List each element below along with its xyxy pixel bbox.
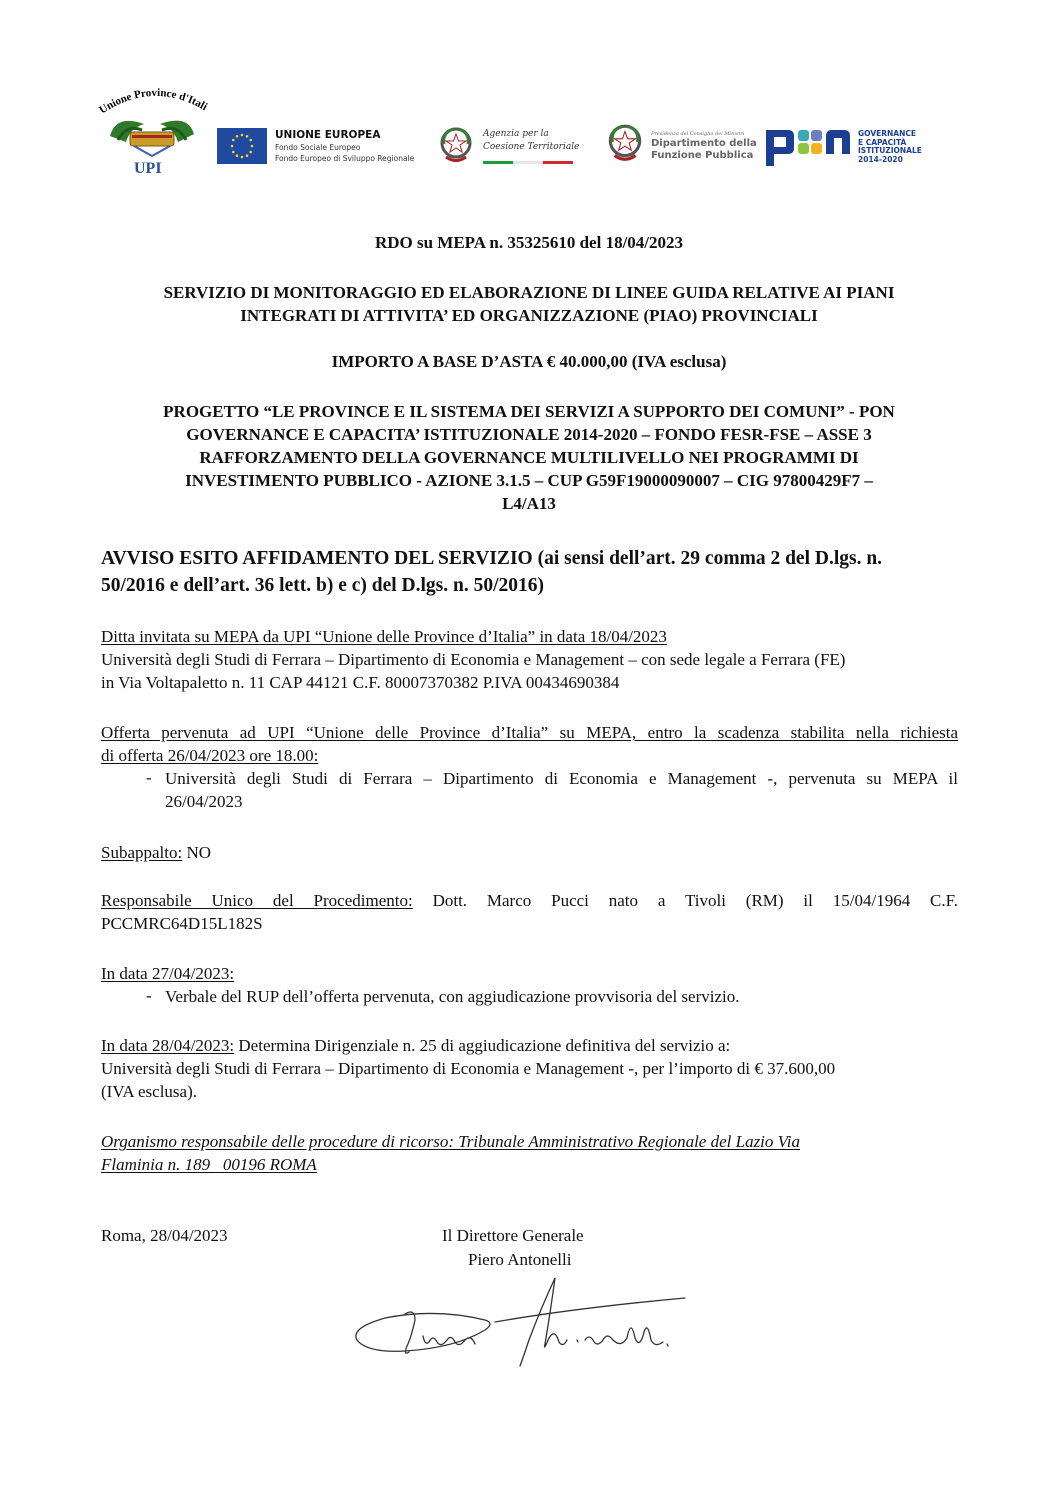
- data-27-bullet: Verbale del RUP dell’offerta pervenuta, …: [165, 985, 958, 1008]
- dfp-line-1: Dipartimento della: [651, 138, 757, 150]
- avviso-line-1: AVVISO ESITO AFFIDAMENTO DEL SERVIZIO (a…: [101, 545, 961, 572]
- rup-section: Responsabile Unico del Procedimento: Dot…: [101, 889, 958, 935]
- data-28-line-3: (IVA esclusa).: [101, 1080, 958, 1103]
- upi-logo: Unione Province d'Italia UPI: [96, 84, 208, 180]
- act-line-2: Coesione Territoriale: [483, 141, 579, 154]
- data-28-text: Determina Dirigenziale n. 25 di aggiudic…: [234, 1036, 730, 1055]
- eu-title: UNIONE EUROPEA: [275, 129, 380, 141]
- service-title-line-2: INTEGRATI DI ATTIVITA’ ED ORGANIZZAZIONE…: [100, 304, 958, 327]
- progetto-line: GOVERNANCE E CAPACITA’ ISTITUZIONALE 201…: [100, 423, 958, 446]
- importo-base: IMPORTO A BASE D’ASTA € 40.000,00 (IVA e…: [100, 350, 958, 373]
- progetto-line: RAFFORZAMENTO DELLA GOVERNANCE MULTILIVE…: [100, 446, 958, 469]
- eu-flag: [217, 128, 267, 164]
- dfp-text: Dipartimento della Funzione Pubblica: [651, 138, 757, 162]
- ditta-section: Ditta invitata su MEPA da UPI “Unione de…: [101, 625, 958, 694]
- tricolor-bar: [483, 161, 573, 164]
- rup-label: Responsabile Unico del Procedimento:: [101, 891, 413, 910]
- upi-acronym: UPI: [134, 160, 162, 178]
- service-title: SERVIZIO DI MONITORAGGIO ED ELABORAZIONE…: [100, 281, 958, 327]
- ditta-heading: Ditta invitata su MEPA da UPI “Unione de…: [101, 627, 667, 646]
- eu-line-1: Fondo Sociale Europeo: [275, 142, 414, 153]
- eu-stars-icon: [217, 128, 267, 164]
- signature: [345, 1278, 715, 1378]
- data-27-heading: In data 27/04/2023:: [101, 964, 234, 983]
- ricorso-line-2: Flaminia n. 189 00196 ROMA: [101, 1155, 317, 1174]
- bullet-marker: -: [146, 768, 152, 788]
- signatory-name: Piero Antonelli: [468, 1250, 571, 1270]
- rup-codice-fiscale: PCCMRC64D15L182S: [101, 912, 958, 935]
- offerta-section: Offerta pervenuta ad UPI “Unione delle P…: [101, 721, 958, 767]
- progetto-line: INVESTIMENTO PUBBLICO - AZIONE 3.1.5 – C…: [100, 469, 958, 492]
- italian-emblem-icon: [436, 124, 476, 166]
- pon-line-4: 2014-2020: [858, 156, 922, 165]
- svg-text:Unione Province d'Italia: Unione Province d'Italia: [96, 84, 208, 116]
- act-logo: [436, 124, 476, 171]
- eu-subtitle: Fondo Sociale Europeo Fondo Europeo di S…: [275, 142, 414, 164]
- avviso-heading: AVVISO ESITO AFFIDAMENTO DEL SERVIZIO (a…: [101, 545, 961, 599]
- offerta-heading-line-2: di offerta 26/04/2023 ore 18.00:: [101, 746, 318, 765]
- offerta-heading-line-1: Offerta pervenuta ad UPI “Unione delle P…: [101, 723, 958, 742]
- offerta-bullet: Università degli Studi di Ferrara – Dipa…: [165, 767, 958, 813]
- dfp-logo: [603, 121, 647, 170]
- subappalto-value: NO: [182, 843, 211, 862]
- progetto-block: PROGETTO “LE PROVINCE E IL SISTEMA DEI S…: [100, 400, 958, 515]
- avviso-line-2: 50/2016 e dell’art. 36 lett. b) e c) del…: [101, 572, 961, 599]
- progetto-line: PROGETTO “LE PROVINCE E IL SISTEMA DEI S…: [100, 400, 958, 423]
- dfp-small-text: Presidenza del Consiglio dei Ministri: [651, 131, 744, 137]
- data-28-line-2: Università degli Studi di Ferrara – Dipa…: [101, 1057, 958, 1080]
- rdo-title: RDO su MEPA n. 35325610 del 18/04/2023: [100, 231, 958, 254]
- pon-text: GOVERNANCE E CAPACITÀ ISTITUZIONALE 2014…: [858, 130, 922, 164]
- service-title-line-1: SERVIZIO DI MONITORAGGIO ED ELABORAZIONE…: [100, 281, 958, 304]
- subappalto-label: Subappalto:: [101, 843, 182, 862]
- act-text: Agenzia per la Coesione Territoriale: [483, 128, 579, 154]
- act-line-1: Agenzia per la: [483, 128, 579, 141]
- italian-emblem-icon: [603, 121, 647, 165]
- eu-line-2: Fondo Europeo di Sviluppo Regionale: [275, 153, 414, 164]
- data-27-section: In data 27/04/2023:: [101, 962, 958, 985]
- data-28-section: In data 28/04/2023: Determina Dirigenzia…: [101, 1034, 958, 1103]
- ditta-line-1: Università degli Studi di Ferrara – Dipa…: [101, 648, 958, 671]
- logo-strip: Unione Province d'Italia UPI UNIONE EURO…: [0, 0, 1058, 200]
- progetto-line: L4/A13: [100, 492, 958, 515]
- ricorso-section: Organismo responsabile delle procedure d…: [101, 1130, 958, 1176]
- pon-mark-icon: [764, 126, 852, 170]
- bullet-marker: -: [146, 986, 152, 1006]
- offerta-bullet-line-2: 26/04/2023: [165, 790, 958, 813]
- offerta-bullet-line-1: Università degli Studi di Ferrara – Dipa…: [165, 767, 958, 790]
- place-date: Roma, 28/04/2023: [101, 1226, 228, 1246]
- dfp-line-2: Funzione Pubblica: [651, 150, 757, 162]
- rup-value: Dott. Marco Pucci nato a Tivoli (RM) il …: [413, 891, 958, 910]
- subappalto-section: Subappalto: NO: [101, 841, 958, 864]
- signatory-role: Il Direttore Generale: [442, 1226, 584, 1246]
- handwritten-signature-icon: [345, 1278, 715, 1378]
- pon-logo: [764, 126, 852, 175]
- ricorso-line-1: Organismo responsabile delle procedure d…: [101, 1132, 800, 1151]
- data-28-label: In data 28/04/2023:: [101, 1036, 234, 1055]
- ditta-line-2: in Via Voltapaletto n. 11 CAP 44121 C.F.…: [101, 671, 958, 694]
